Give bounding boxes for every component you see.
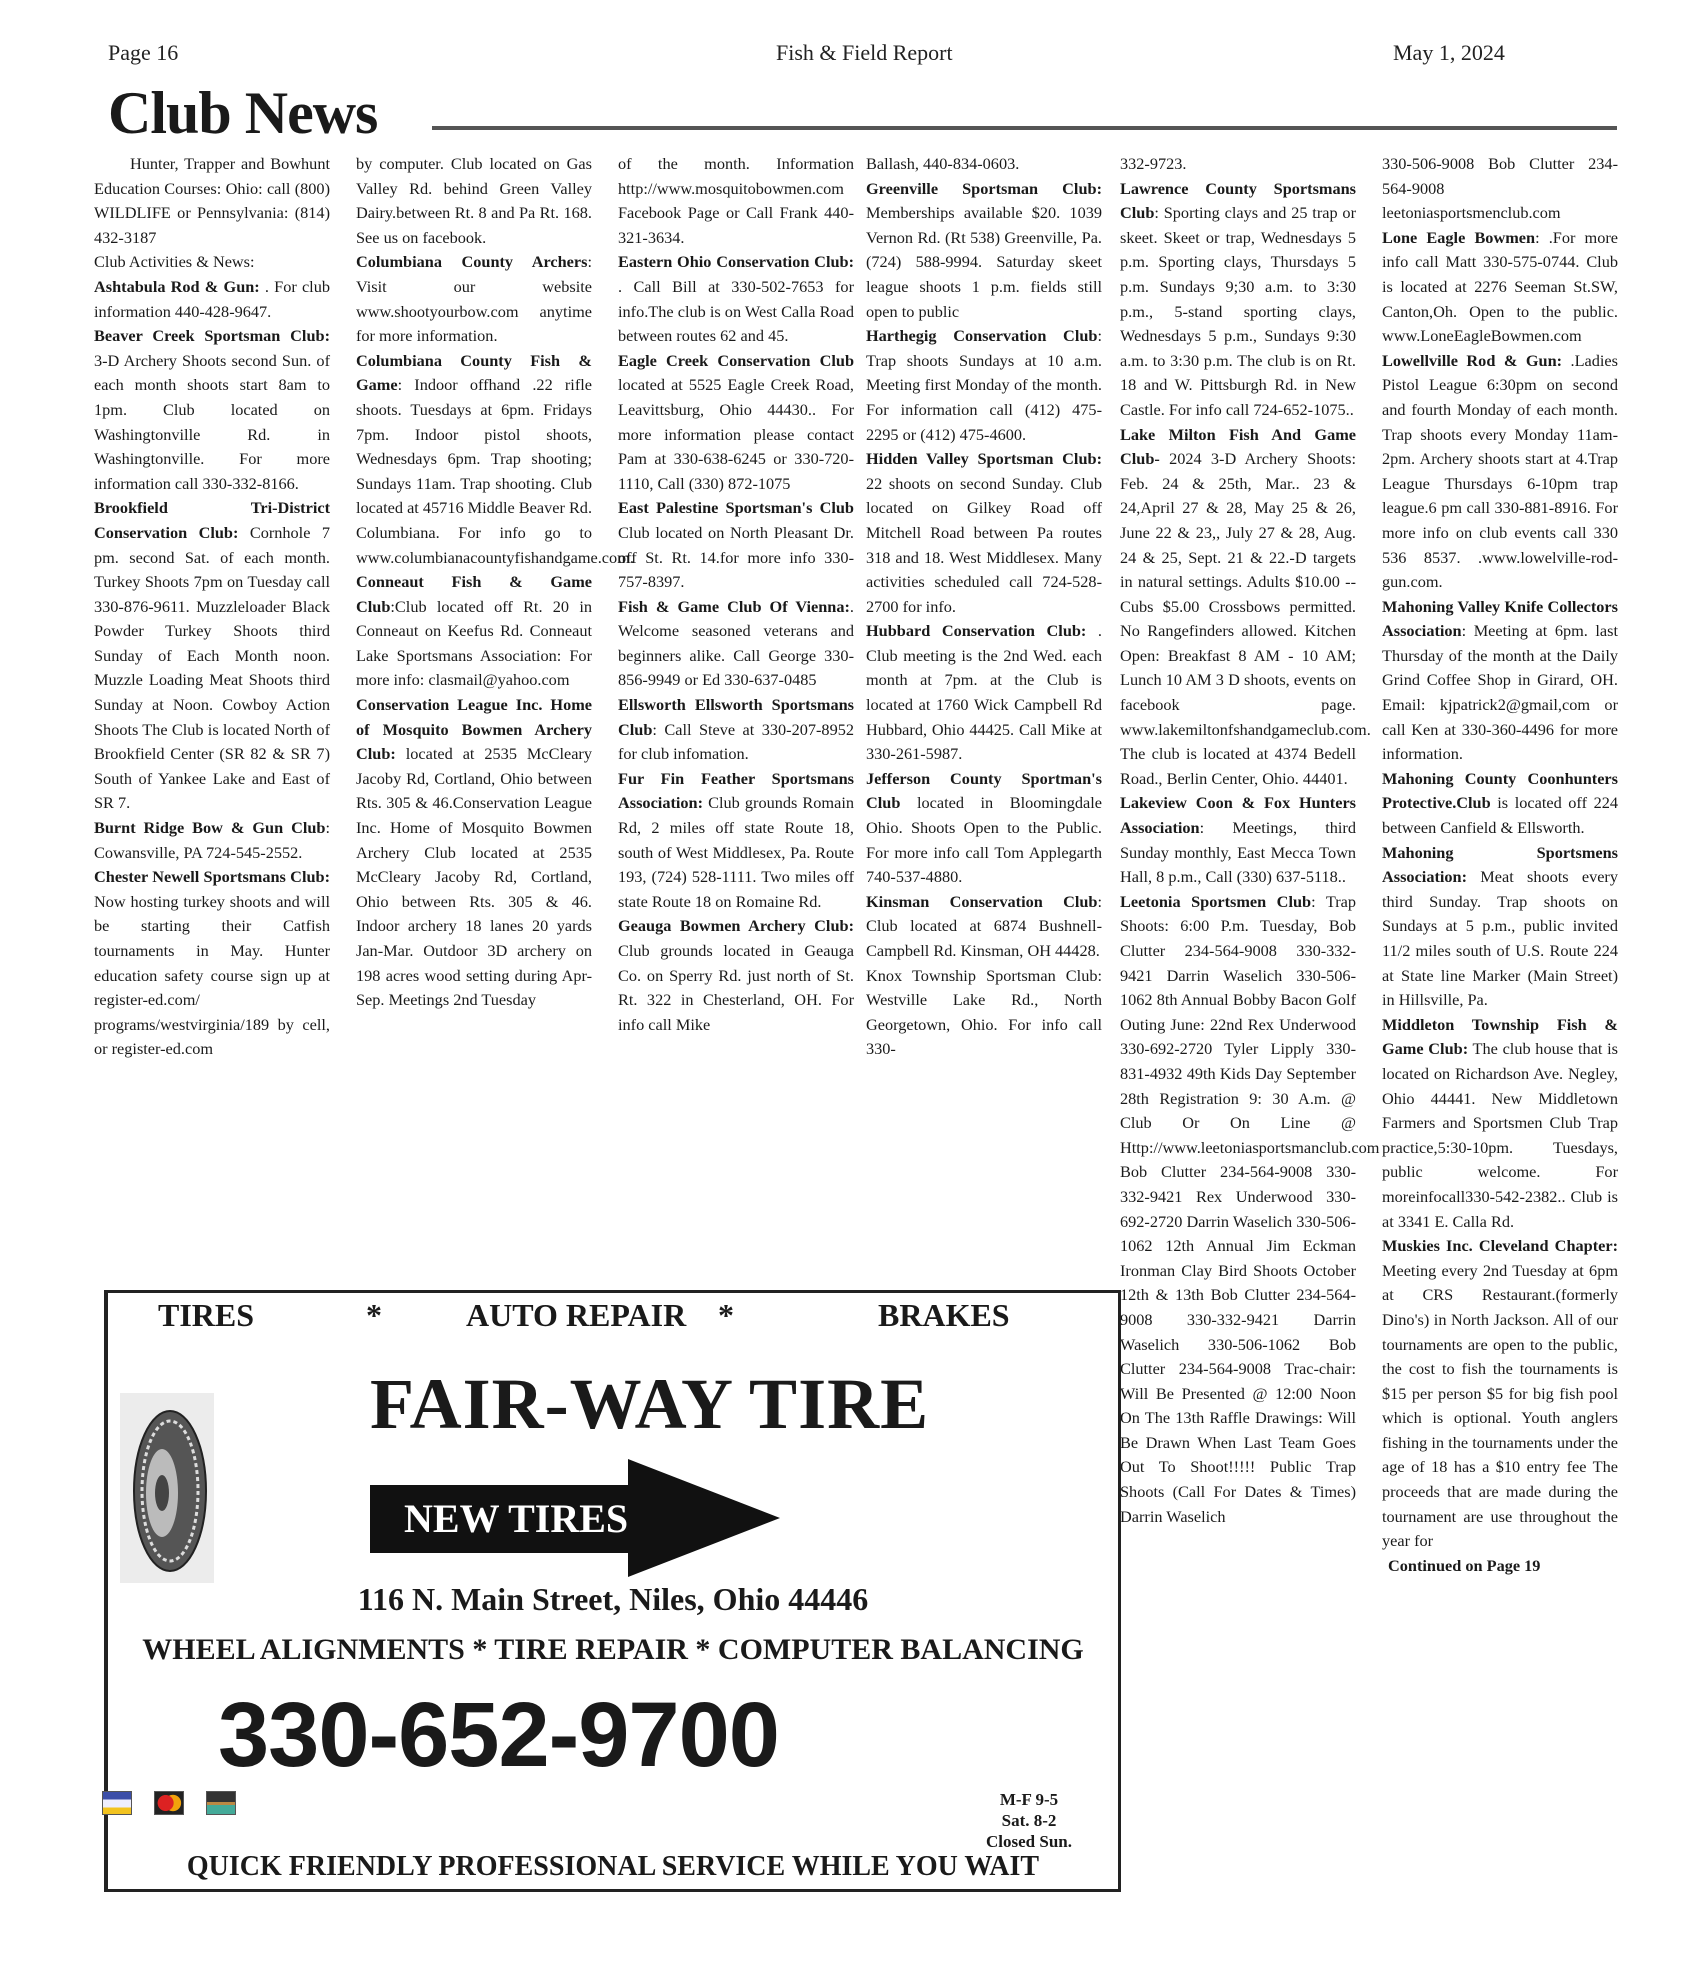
page-number: Page 16 (108, 40, 178, 66)
section-title: Club News (108, 78, 377, 148)
ad-item-tires: TIRES (158, 1297, 254, 1334)
club-entry: Columbiana County Archers: Visit our web… (356, 250, 592, 348)
club-entry: Lawrence County Sportsmans Club: Sportin… (1120, 177, 1356, 423)
club-entry: Mahoning Valley Knife Collectors Associa… (1382, 595, 1618, 767)
club-entry: Eagle Creek Conservation Club located at… (618, 349, 854, 497)
education-intro: Hunter, Trapper and Bowhunt Education Co… (94, 152, 330, 250)
club-entry: Lone Eagle Bowmen: .For more info call M… (1382, 226, 1618, 349)
arrow-right-icon: NEW TIRES (370, 1459, 790, 1577)
club-entry: Harthegig Conservation Club: Trap shoots… (866, 324, 1102, 447)
club-entry: Fur Fin Feather Sportsmans Association: … (618, 767, 854, 915)
club-entry: Conneaut Fish & Game Club:Club located o… (356, 570, 592, 693)
visa-card-icon (102, 1791, 132, 1815)
ad-separator: * (718, 1297, 734, 1334)
tire-icon (120, 1393, 214, 1583)
news-column-3: of the month. Information http://www.mos… (618, 152, 854, 1272)
news-column-4: Ballash, 440-834-0603. Greenville Sports… (866, 152, 1102, 1272)
club-entry: Middleton Township Fish & Game Club: The… (1382, 1013, 1618, 1234)
club-entry: Mahoning Sportsmens Association: Meat sh… (1382, 841, 1618, 1013)
ad-services-banner: TIRES * AUTO REPAIR * BRAKES (108, 1297, 1118, 1333)
continued-text: of the month. Information http://www.mos… (618, 152, 854, 250)
issue-date: May 1, 2024 (1393, 40, 1505, 66)
payment-cards (102, 1791, 236, 1815)
news-column-2: by computer. Club located on Gas Valley … (356, 152, 592, 1272)
club-entry: Mahoning County Coonhunters Protective.C… (1382, 767, 1618, 841)
ad-item-auto-repair: AUTO REPAIR (466, 1297, 686, 1334)
ad-item-brakes: BRAKES (878, 1297, 1010, 1334)
business-name: FAIR-WAY TIRE (370, 1363, 929, 1446)
club-entry: Knox Township Sportsman Club: Westville … (866, 964, 1102, 1062)
club-entry: Jefferson County Sportman's Club located… (866, 767, 1102, 890)
publication-name: Fish & Field Report (776, 40, 953, 66)
continued-text: 330-506-9008 Bob Clutter 234-564-9008 le… (1382, 152, 1618, 226)
news-column-6: 330-506-9008 Bob Clutter 234-564-9008 le… (1382, 152, 1618, 1892)
activities-subhead: Club Activities & News: (94, 250, 330, 275)
club-entry: Beaver Creek Sportsman Club: 3-D Archery… (94, 324, 330, 496)
arrow-label: NEW TIRES (404, 1495, 628, 1542)
phone-number[interactable]: 330-652-9700 (218, 1683, 779, 1788)
news-column-5: 332-9723. Lawrence County Sportsmans Clu… (1120, 152, 1356, 1892)
club-entry: Lakeview Coon & Fox Hunters Association:… (1120, 791, 1356, 889)
ad-tagline: QUICK FRIENDLY PROFESSIONAL SERVICE WHIL… (108, 1851, 1118, 1883)
business-address: 116 N. Main Street, Niles, Ohio 44446 (108, 1581, 1118, 1618)
club-entry: Ellsworth Ellsworth Sportsmans Club: Cal… (618, 693, 854, 767)
club-entry: Lake Milton Fish And Game Club- 2024 3-D… (1120, 423, 1356, 792)
club-entry: Ashtabula Rod & Gun: . For club informat… (94, 275, 330, 324)
club-entry: Hubbard Conservation Club: . Club meetin… (866, 619, 1102, 767)
club-entry: Leetonia Sportsmen Club: Trap Shoots: 6:… (1120, 890, 1356, 1529)
continued-text: Ballash, 440-834-0603. (866, 152, 1102, 177)
continued-text: 332-9723. (1120, 152, 1356, 177)
club-entry: Brookfield Tri-District Conservation Clu… (94, 496, 330, 816)
club-entry: Muskies Inc. Cleveland Chapter: Meeting … (1382, 1234, 1618, 1554)
club-entry: Geauga Bowmen Archery Club: Club grounds… (618, 914, 854, 1037)
club-entry: Burnt Ridge Bow & Gun Club: Cowansville,… (94, 816, 330, 865)
fairway-tire-advertisement[interactable]: TIRES * AUTO REPAIR * BRAKES FAIR-WAY TI… (104, 1290, 1121, 1892)
club-entry: Kinsman Conservation Club: Club located … (866, 890, 1102, 964)
services-list: WHEEL ALIGNMENTS * TIRE REPAIR * COMPUTE… (108, 1633, 1118, 1667)
club-entry: Columbiana County Fish & Game: Indoor of… (356, 349, 592, 570)
title-rule-divider (432, 126, 1617, 130)
club-entry: Hidden Valley Sportsman Club: 22 shoots … (866, 447, 1102, 619)
continued-text: by computer. Club located on Gas Valley … (356, 152, 592, 250)
ad-separator: * (366, 1297, 382, 1334)
club-entry: Fish & Game Club Of Vienna:. Welcome sea… (618, 595, 854, 693)
mastercard-icon (154, 1791, 184, 1815)
club-entry: Eastern Ohio Conservation Club: . Call B… (618, 250, 854, 348)
club-entry: East Palestine Sportsman's Club Club loc… (618, 496, 854, 594)
club-entry: Conservation League Inc. Home of Mosquit… (356, 693, 592, 1013)
club-entry: Chester Newell Sportsmans Club: Now host… (94, 865, 330, 1062)
club-entry: Greenville Sportsman Club: Memberships a… (866, 177, 1102, 325)
club-entry: Lowellville Rod & Gun: .Ladies Pistol Le… (1382, 349, 1618, 595)
news-column-1: Hunter, Trapper and Bowhunt Education Co… (94, 152, 330, 1272)
discover-card-icon (206, 1791, 236, 1815)
continued-link[interactable]: Continued on Page 19 (1382, 1554, 1618, 1579)
business-hours: M-F 9-5 Sat. 8-2 Closed Sun. (986, 1789, 1072, 1852)
